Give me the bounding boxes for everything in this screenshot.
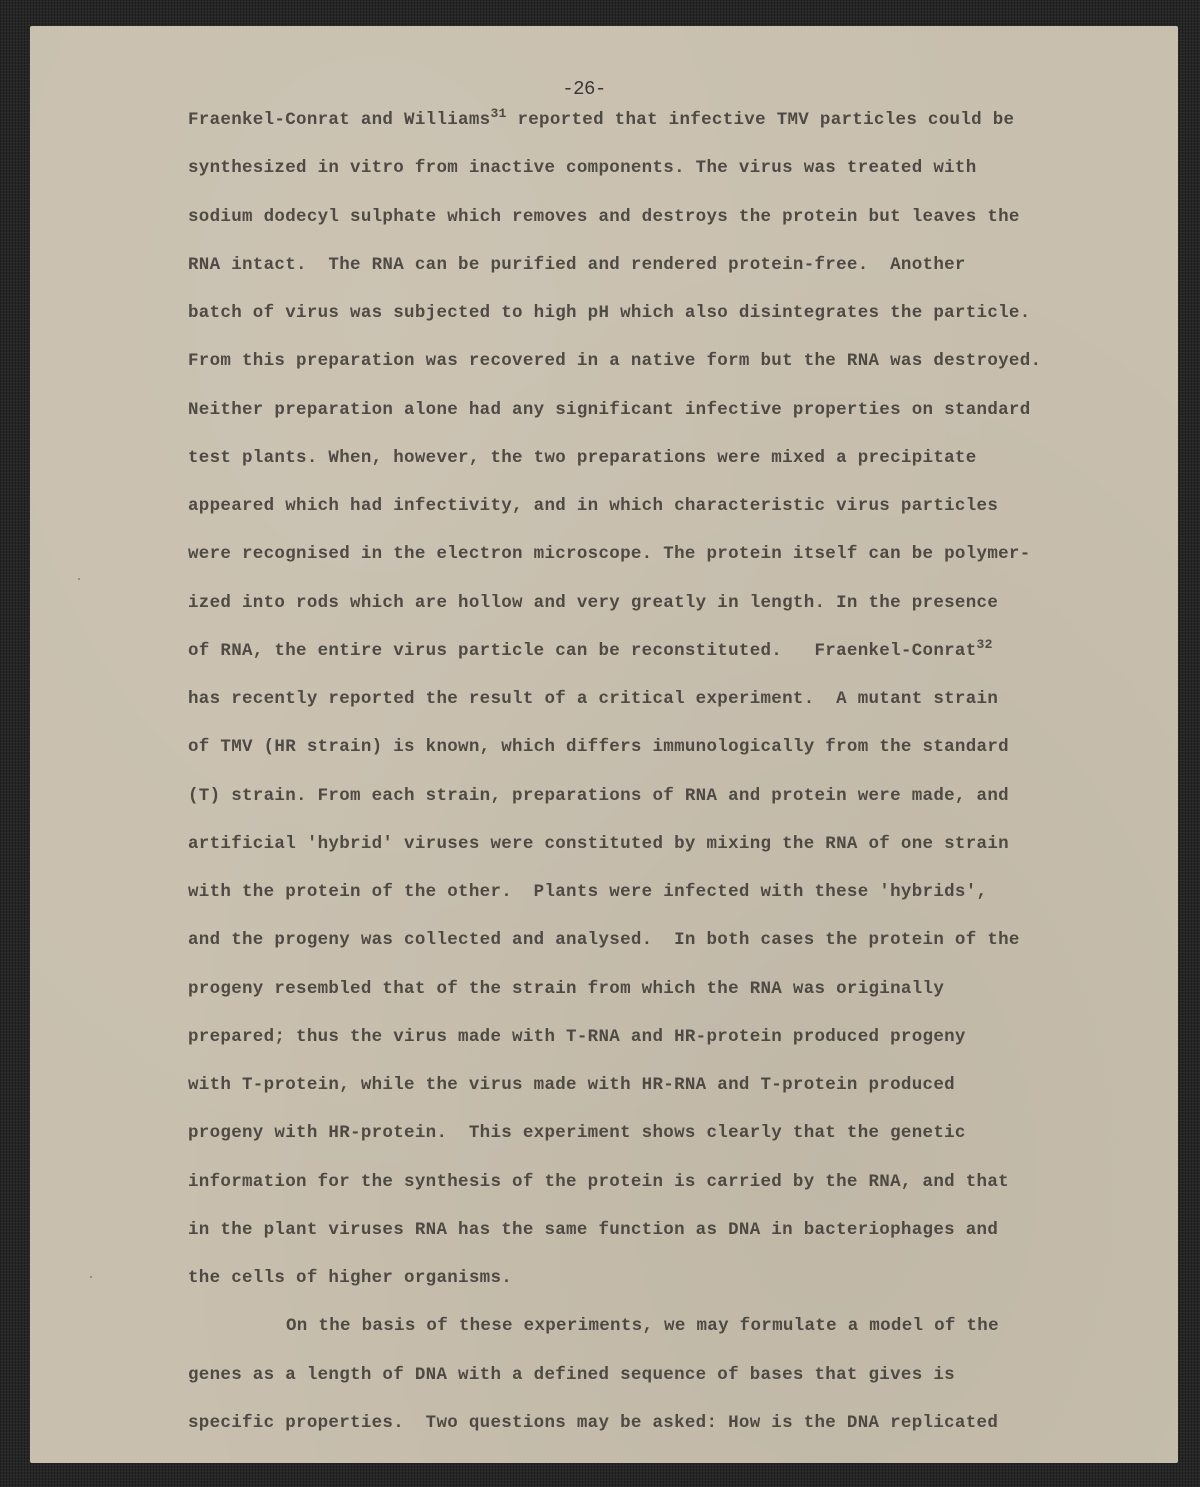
text-line: and the progeny was collected and analys… (188, 916, 1178, 964)
text-line: has recently reported the result of a cr… (188, 675, 1178, 723)
text-line: specific properties. Two questions may b… (188, 1399, 1178, 1447)
text-line: test plants. When, however, the two prep… (188, 434, 1178, 482)
text-line: progeny resembled that of the strain fro… (188, 965, 1178, 1013)
text-line: were recognised in the electron microsco… (188, 530, 1178, 578)
text-line: (T) strain. From each strain, preparatio… (188, 772, 1178, 820)
text-line: genes as a length of DNA with a defined … (188, 1351, 1178, 1399)
text-line: of TMV (HR strain) is known, which diffe… (188, 723, 1178, 771)
paragraph-start-line: On the basis of these experiments, we ma… (188, 1302, 1178, 1350)
text-line: Neither preparation alone had any signif… (188, 386, 1178, 434)
text-line: RNA intact. The RNA can be purified and … (188, 241, 1178, 289)
text-line: artificial 'hybrid' viruses were constit… (188, 820, 1178, 868)
text-line: batch of virus was subjected to high pH … (188, 289, 1178, 337)
document-page: -26- Fraenkel-Conrat and Williams31 repo… (30, 26, 1178, 1463)
paper-speck (78, 578, 80, 580)
text-line: sodium dodecyl sulphate which removes an… (188, 193, 1178, 241)
text-line: appeared which had infectivity, and in w… (188, 482, 1178, 530)
text-line: progeny with HR-protein. This experiment… (188, 1109, 1178, 1157)
text-line: with T-protein, while the virus made wit… (188, 1061, 1178, 1109)
body-text: Fraenkel-Conrat and Williams31 reported … (188, 96, 1178, 1447)
text-line: synthesized in vitro from inactive compo… (188, 144, 1178, 192)
text-line: From this preparation was recovered in a… (188, 337, 1178, 385)
text-line: in the plant viruses RNA has the same fu… (188, 1206, 1178, 1254)
text-line: information for the synthesis of the pro… (188, 1158, 1178, 1206)
footnote-ref: 31 (490, 106, 506, 121)
paper-speck (90, 1276, 92, 1278)
footnote-ref: 32 (977, 637, 993, 652)
text-line: with the protein of the other. Plants we… (188, 868, 1178, 916)
text-line: prepared; thus the virus made with T-RNA… (188, 1013, 1178, 1061)
text-line: ized into rods which are hollow and very… (188, 579, 1178, 627)
text-line: the cells of higher organisms. (188, 1254, 1178, 1302)
text-line: of RNA, the entire virus particle can be… (188, 627, 1178, 675)
text-line: Fraenkel-Conrat and Williams31 reported … (188, 96, 1178, 144)
